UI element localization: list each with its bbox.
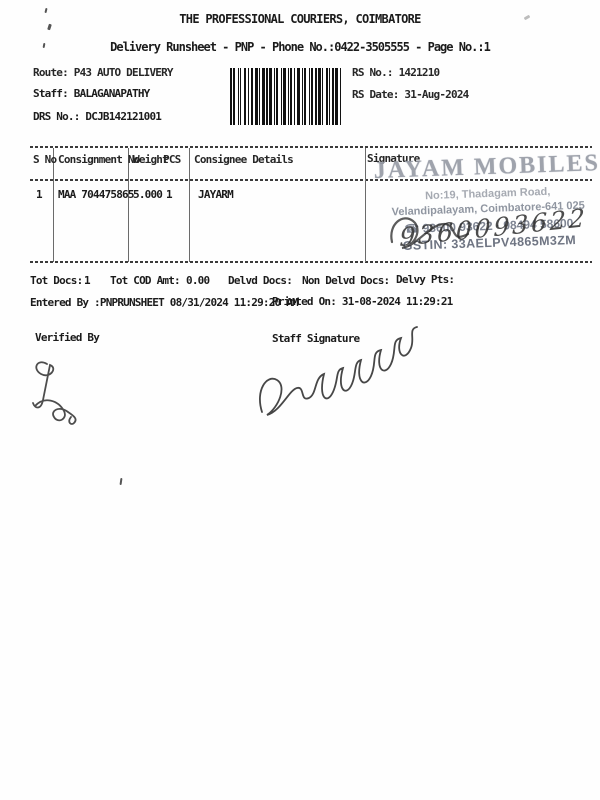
cell-sno: 1 bbox=[36, 188, 42, 201]
verified-by-signature bbox=[28, 356, 84, 428]
printed-on-line: Printed On: 31-08-2024 11:29:21 bbox=[272, 295, 453, 308]
verified-by-label: Verified By bbox=[35, 331, 99, 344]
col-header-consignment: Consignment No bbox=[58, 153, 140, 166]
cell-consignee: JAYARM bbox=[198, 188, 233, 201]
staff-label: Staff: bbox=[33, 87, 68, 100]
rs-date-label: RS Date: bbox=[352, 88, 399, 101]
staff-signature-scribble bbox=[252, 314, 427, 426]
document-title: THE PROFESSIONAL COURIERS, COIMBATORE bbox=[0, 12, 600, 26]
col-header-consignee: Consignee Details bbox=[194, 153, 293, 166]
tot-cod-value: 0.00 bbox=[186, 274, 209, 287]
tot-docs-label: Tot Docs: bbox=[30, 274, 82, 287]
delvd-docs-label: Delvd Docs: bbox=[228, 274, 292, 287]
route-value: P43 AUTO DELIVERY bbox=[74, 66, 173, 79]
entered-by-line: Entered By :PNPRUNSHEET 08/31/2024 11:29… bbox=[30, 296, 298, 309]
drs-value: DCJB142121001 bbox=[85, 110, 161, 123]
table-column-line bbox=[189, 148, 190, 262]
scan-speck bbox=[47, 24, 52, 31]
cell-consignment: MAA 704475865 bbox=[58, 188, 134, 201]
rs-no-value: 1421210 bbox=[399, 66, 440, 79]
staff-value: BALAGANAPATHY bbox=[74, 87, 150, 100]
rs-no-label: RS No.: bbox=[352, 66, 393, 79]
rs-no-line: RS No.: 1421210 bbox=[352, 66, 439, 79]
delvy-pts-label: Delvy Pts: bbox=[396, 273, 454, 286]
scan-speck bbox=[120, 478, 123, 485]
cell-weight: 5.000 bbox=[133, 188, 162, 201]
col-header-sno: S No bbox=[33, 153, 56, 166]
route-line: Route: P43 AUTO DELIVERY bbox=[33, 66, 173, 79]
tot-cod-label: Tot COD Amt: bbox=[110, 274, 180, 287]
table-column-line bbox=[365, 148, 366, 262]
document-subtitle: Delivery Runsheet - PNP - Phone No.:0422… bbox=[0, 40, 600, 54]
runsheet-document: THE PROFESSIONAL COURIERS, COIMBATORE De… bbox=[0, 0, 600, 800]
drs-label: DRS No.: bbox=[33, 110, 80, 123]
rs-date-line: RS Date: 31-Aug-2024 bbox=[352, 88, 468, 101]
cell-pcs: 1 bbox=[166, 188, 172, 201]
rs-date-value: 31-Aug-2024 bbox=[404, 88, 468, 101]
staff-line: Staff: BALAGANAPATHY bbox=[33, 87, 149, 100]
route-label: Route: bbox=[33, 66, 68, 79]
col-header-pcs: PCS bbox=[163, 153, 180, 166]
table-border-top bbox=[30, 146, 592, 148]
table-border-bottom bbox=[30, 261, 592, 263]
drs-line: DRS No.: DCJB142121001 bbox=[33, 110, 161, 123]
tot-docs-value: 1 bbox=[84, 274, 90, 287]
non-delvd-docs-label: Non Delvd Docs: bbox=[302, 274, 389, 287]
barcode bbox=[230, 68, 344, 125]
